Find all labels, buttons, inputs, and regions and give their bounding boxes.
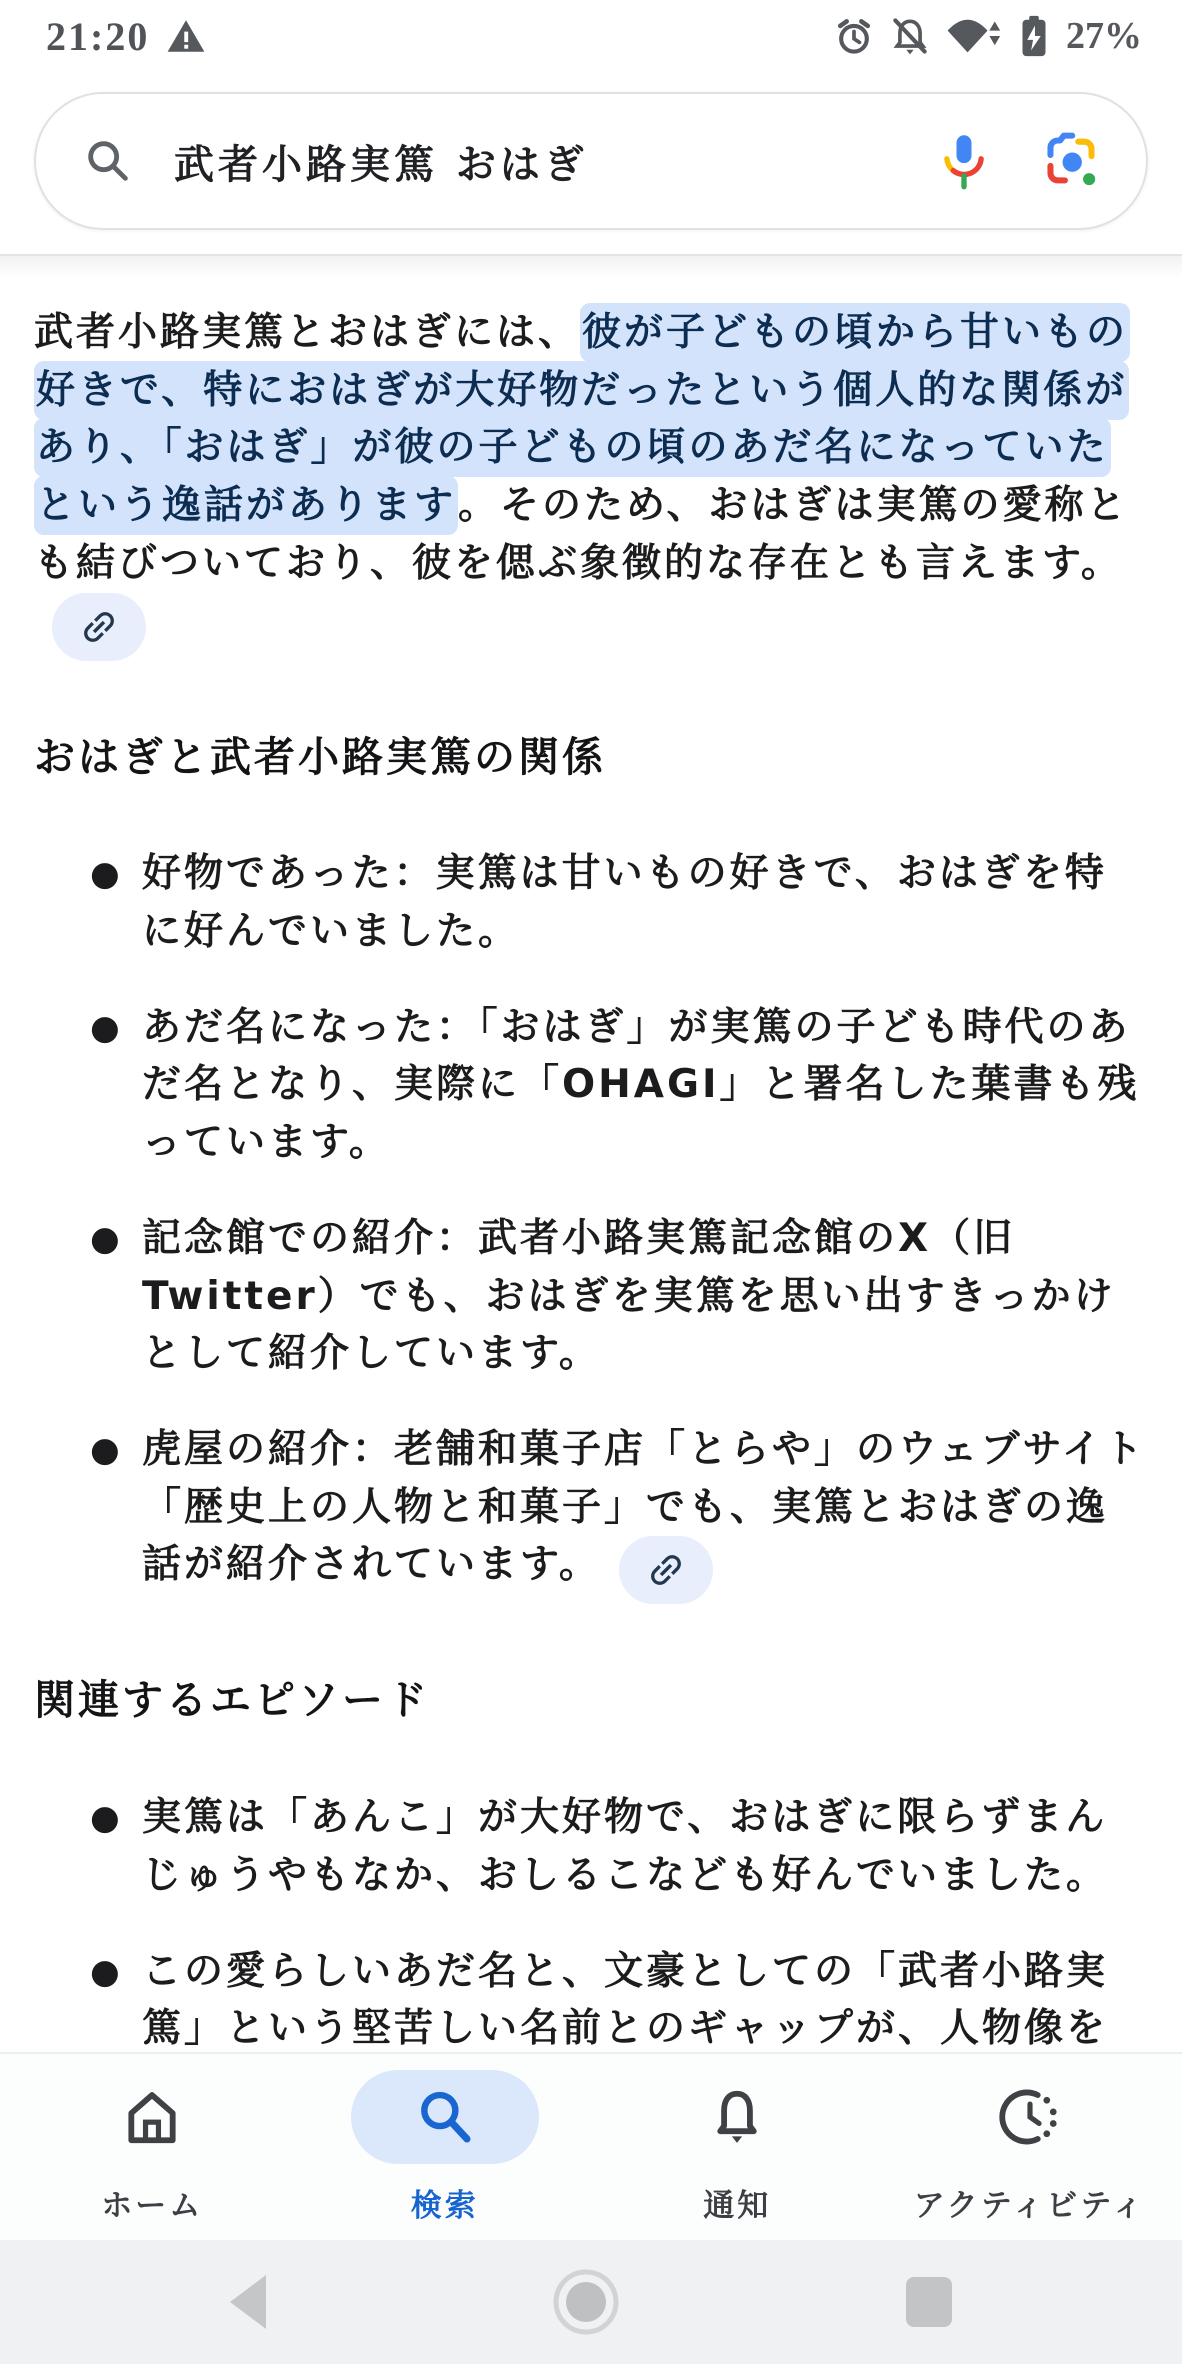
search-icon bbox=[82, 135, 134, 187]
home-icon bbox=[121, 2086, 183, 2148]
bell-icon bbox=[706, 2086, 768, 2148]
list-item: ●記念館での紹介：武者小路実篤記念館のX（旧Twitter）でも、おはぎを実篤を… bbox=[34, 1210, 1148, 1383]
section-title: 関連するエピソード bbox=[34, 1670, 1148, 1731]
system-nav-bar bbox=[0, 2240, 1182, 2364]
nav-item-activity[interactable]: アクティビティ bbox=[884, 2070, 1177, 2225]
intro-text: 武者小路実篤とおはぎには、 bbox=[34, 310, 580, 355]
citation-link[interactable] bbox=[619, 1536, 713, 1604]
link-icon bbox=[645, 1549, 687, 1591]
citation-link[interactable] bbox=[52, 593, 146, 661]
status-time: 21:20 bbox=[46, 13, 149, 60]
battery-charging-icon bbox=[1014, 13, 1054, 59]
bottom-nav: ホーム 検索 通知 bbox=[0, 2052, 1182, 2240]
battery-percent: 27% bbox=[1066, 14, 1142, 58]
nav-item-notifications[interactable]: 通知 bbox=[591, 2070, 884, 2225]
mic-icon[interactable] bbox=[938, 131, 990, 191]
link-icon bbox=[78, 606, 120, 648]
phone-screen: 21:20 bbox=[0, 0, 1182, 2364]
list-item: ●好物であった：実篤は甘いもの好きで、おはぎを特に好んでいました。 bbox=[34, 845, 1148, 960]
list-item: ●あだ名になった：「おはぎ」が実篤の子ども時代のあだ名となり、実際に「OHAGI… bbox=[34, 999, 1148, 1172]
bullet-list: ●実篤は「あんこ」が大好物で、おはぎに限らずまんじゅうやもなか、おしるこなども好… bbox=[34, 1789, 1148, 2052]
notifications-off-icon bbox=[888, 14, 932, 58]
back-button[interactable] bbox=[230, 2275, 266, 2329]
nav-label: アクティビティ bbox=[914, 2180, 1146, 2225]
search-icon bbox=[414, 2086, 476, 2148]
home-button[interactable] bbox=[550, 2266, 622, 2338]
activity-icon bbox=[999, 2086, 1061, 2148]
warning-icon bbox=[165, 15, 207, 57]
bullet-list: ●好物であった：実篤は甘いもの好きで、おはぎを特に好んでいました。 ●あだ名にな… bbox=[34, 845, 1148, 1604]
nav-label: 検索 bbox=[411, 2180, 479, 2225]
wifi-icon bbox=[944, 14, 1002, 58]
nav-label: 通知 bbox=[703, 2180, 771, 2225]
list-item: ●この愛らしいあだ名と、文豪としての「武者小路実篤」という堅苦しい名前とのギャッ… bbox=[34, 1943, 1148, 2052]
header-shadow bbox=[0, 256, 1182, 278]
nav-label: ホーム bbox=[101, 2180, 203, 2225]
list-item: ●実篤は「あんこ」が大好物で、おはぎに限らずまんじゅうやもなか、おしるこなども好… bbox=[34, 1789, 1148, 1904]
alarm-icon bbox=[832, 14, 876, 58]
status-bar: 21:20 bbox=[0, 0, 1182, 62]
search-bar[interactable]: 武者小路実篤 おはぎ bbox=[34, 92, 1148, 230]
answer-content: 武者小路実篤とおはぎには、彼が子どもの頃から甘いもの好きで、特におはぎが大好物だ… bbox=[0, 278, 1182, 2052]
google-lens-icon[interactable] bbox=[1042, 132, 1100, 190]
search-query[interactable]: 武者小路実篤 おはぎ bbox=[174, 133, 898, 190]
section-title: おはぎと武者小路実篤の関係 bbox=[34, 727, 1148, 788]
intro-paragraph: 武者小路実篤とおはぎには、彼が子どもの頃から甘いもの好きで、特におはぎが大好物だ… bbox=[34, 304, 1148, 661]
nav-item-search[interactable]: 検索 bbox=[299, 2070, 592, 2225]
list-item: ●虎屋の紹介：老舗和菓子店「とらや」のウェブサイト「歴史上の人物と和菓子」でも、… bbox=[34, 1421, 1148, 1604]
nav-item-home[interactable]: ホーム bbox=[6, 2070, 299, 2225]
recents-button[interactable] bbox=[906, 2277, 952, 2327]
